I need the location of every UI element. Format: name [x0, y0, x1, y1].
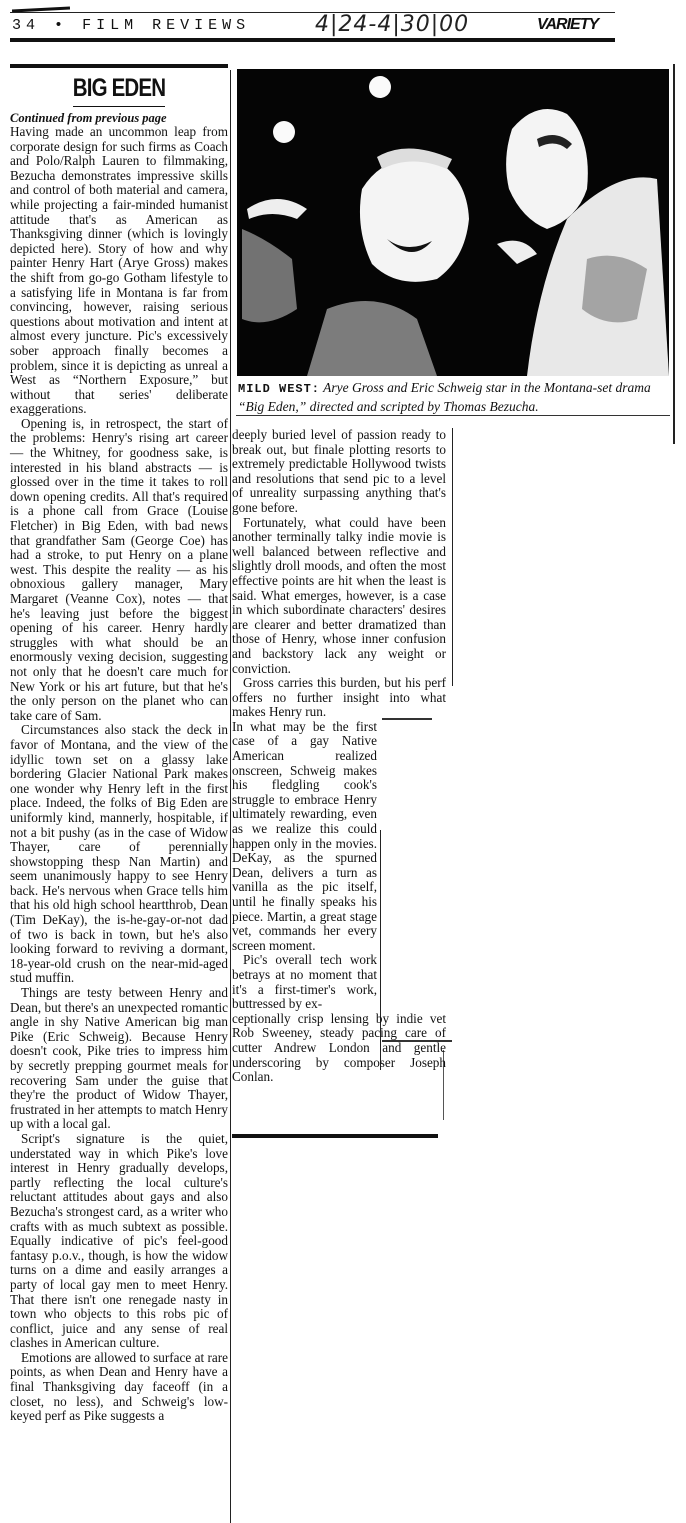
- photo-illustration: [237, 69, 669, 376]
- column-divider: [230, 70, 231, 1523]
- right-column-body: deeply buried level of passion ready to …: [232, 428, 446, 720]
- article-end-rule: [232, 1134, 438, 1138]
- continued-note: Continued from previous page: [10, 111, 228, 125]
- header-top-rule: [10, 12, 615, 13]
- left-column-body: Having made an uncommon leap from corpor…: [10, 125, 228, 1424]
- paragraph: Fortunately, what could have been anothe…: [232, 516, 446, 677]
- column-top-rule: [10, 64, 228, 68]
- paragraph: Gross carries this burden, but his perf …: [232, 676, 446, 720]
- paragraph: Pic's overall tech work betrays at no mo…: [232, 953, 377, 1011]
- right-column-final-body: ceptionally crisp lensing by indie vet R…: [232, 1012, 446, 1085]
- photo-caption: MILD WEST: Arye Gross and Eric Schweig s…: [238, 379, 670, 415]
- review-title: BIG EDEN: [30, 74, 209, 102]
- paragraph: Opening is, in retrospect, the start of …: [10, 417, 228, 723]
- variety-logo: VARIETY: [537, 16, 598, 34]
- paragraph: Circumstances also stack the deck in fav…: [10, 723, 228, 986]
- page-header: 34 • FILM REVIEWS 4|24-4|30|00 VARIETY: [10, 8, 615, 44]
- section-name: FILM REVIEWS: [82, 17, 250, 34]
- handwritten-date: 4|24-4|30|00: [315, 12, 469, 37]
- caption-label: MILD WEST:: [238, 382, 320, 396]
- right-column-narrow-body: In what may be the first case of a gay N…: [232, 720, 377, 1012]
- title-underline: [73, 106, 165, 107]
- paragraph: In what may be the first case of a gay N…: [232, 720, 377, 954]
- caption-rule: [236, 415, 670, 416]
- right-column: deeply buried level of passion ready to …: [232, 428, 446, 1085]
- paragraph: Things are testy between Henry and Dean,…: [10, 986, 228, 1132]
- paragraph: Having made an uncommon leap from corpor…: [10, 125, 228, 417]
- page-number: 34: [12, 17, 40, 34]
- bullet-separator: •: [54, 17, 68, 34]
- left-column: BIG EDEN Continued from previous page Ha…: [10, 64, 228, 1424]
- film-still-photo: [237, 69, 669, 376]
- paragraph: deeply buried level of passion ready to …: [232, 428, 446, 516]
- header-bottom-rule: [10, 38, 615, 42]
- paragraph: Emotions are allowed to surface at rare …: [10, 1351, 228, 1424]
- paragraph: Script's signature is the quiet, underst…: [10, 1132, 228, 1351]
- paragraph: ceptionally crisp lensing by indie vet R…: [232, 1012, 446, 1085]
- section-label: 34 • FILM REVIEWS: [12, 17, 250, 34]
- column-divider-right: [452, 428, 453, 686]
